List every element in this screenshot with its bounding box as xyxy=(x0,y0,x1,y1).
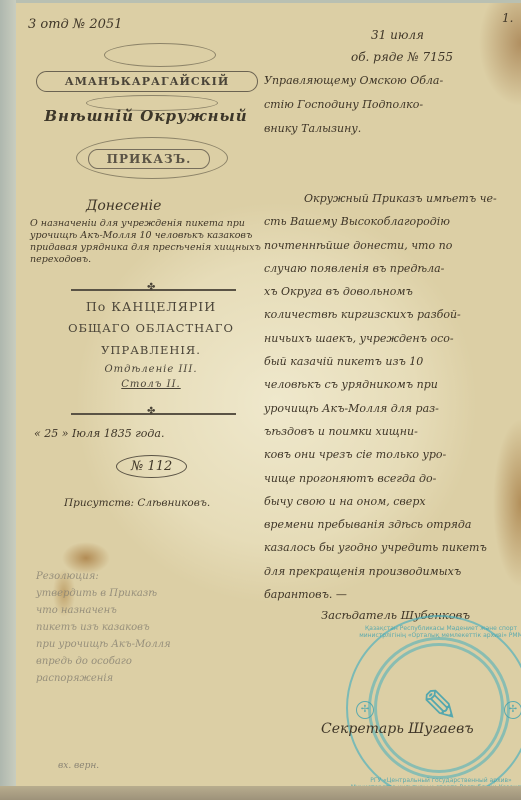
addressee-line: стію Господину Подполко- xyxy=(264,93,519,117)
pencil-line: распоряженія xyxy=(36,670,296,687)
text-line: для прекращенія производимыхъ xyxy=(264,560,519,583)
flourish-ornament xyxy=(104,43,216,67)
text-line: сть Вашему Высокоблагородію xyxy=(264,210,519,233)
ornamental-divider xyxy=(71,289,236,291)
text-line: бычу свою и на оном, сверх xyxy=(264,490,519,513)
signature-secretary: Секретарь Шугаевъ xyxy=(321,721,474,737)
text-line: случаю появленія въ предѣла- xyxy=(264,257,519,280)
text-line: Окружный Приказъ имѣетъ че- xyxy=(264,187,519,210)
scan-edge-bottom xyxy=(0,786,521,800)
ornament-cross-icon: ✢ xyxy=(356,701,374,719)
text-line: почтеннѣйше донести, что по xyxy=(264,234,519,257)
text-line: ничьихъ шаекъ, учрежденъ осо- xyxy=(264,327,519,350)
document-date: « 25 » Іюля 1835 года. xyxy=(34,427,164,440)
pencil-line: Резолюция: xyxy=(36,568,296,585)
subject-title: Донесеніе xyxy=(86,198,161,214)
office-desk: Столъ II. xyxy=(46,379,256,390)
addressee-line: внику Талызину. xyxy=(264,117,519,141)
clerk-name: Присутств: Слѣвниковъ. xyxy=(64,497,210,509)
document-page: 3 отд № 2051 АМАНЪКАРАГАЙСКІЙ Внѣшній Ок… xyxy=(16,3,521,786)
pencil-resolution: Резолюция: утвердить в Приказѣ что назна… xyxy=(36,568,296,687)
archive-stamp: Қазақстан Республикасы Мәдениет және спо… xyxy=(346,615,521,800)
pencil-bottom-note: вх. верн. xyxy=(58,761,99,771)
text-line: урочищѣ Акъ-Молля для раз- xyxy=(264,397,519,420)
ornamental-divider xyxy=(71,413,236,415)
subject-body: О назначеніи для учрежденія пикета при у… xyxy=(30,218,270,266)
text-line: казалось бы угодно учредить пикетъ xyxy=(264,536,519,559)
document-number: № 112 xyxy=(116,455,187,478)
office-line-3: УПРАВЛЕНІЯ. xyxy=(46,343,256,357)
pencil-line: при урочищѣ Акъ-Молля xyxy=(36,636,296,653)
scan-edge-left xyxy=(0,0,16,800)
pencil-line: утвердить в Приказѣ xyxy=(36,585,296,602)
text-line: количествѣ киргизскихъ разбой- xyxy=(264,303,519,326)
page-number: 1. xyxy=(502,11,513,25)
office-department: Отдѣленіе III. xyxy=(46,364,256,375)
addressee-line: Управляющему Омскою Обла- xyxy=(264,69,519,93)
office-line-1: По КАНЦЕЛЯРІИ xyxy=(46,299,256,314)
text-line: барантовъ. — xyxy=(264,583,519,606)
addressee: Управляющему Омскою Обла- стію Господину… xyxy=(264,69,519,141)
stamp-top-text: Қазақстан Республикасы Мәдениет және спо… xyxy=(348,625,521,639)
main-text: Окружный Приказъ имѣетъ че- сть Вашему В… xyxy=(264,187,519,606)
ornament-cross-icon: ✢ xyxy=(504,701,521,719)
text-line: ковъ они чрезъ сіе только уро- xyxy=(264,443,519,466)
letterhead-line-2: Внѣшній Окружный xyxy=(36,107,256,125)
pencil-line: пикетъ изъ казаковъ xyxy=(36,619,296,636)
received-date: 31 июля xyxy=(371,28,424,42)
text-line: хъ Округа въ довольномъ xyxy=(264,280,519,303)
text-line: чище прогоняютъ всегда до- xyxy=(264,467,519,490)
reference-number: 3 отд № 2051 xyxy=(28,17,122,32)
office-line-2: ОБЩАГО ОБЛАСТНАГО xyxy=(46,321,256,335)
pencil-line: что назначенъ xyxy=(36,602,296,619)
text-line: времени пребыванія здѣсь отряда xyxy=(264,513,519,536)
received-number: об. ряде № 7155 xyxy=(351,50,453,64)
pencil-line: впредь до особаго xyxy=(36,653,296,670)
text-line: бый казачій пикетъ изъ 10 xyxy=(264,350,519,373)
letterhead-line-1: АМАНЪКАРАГАЙСКІЙ xyxy=(36,71,258,92)
letterhead-line-3: ПРИКАЗЪ. xyxy=(88,149,210,169)
text-line: ъѣздовъ и поимки хищни- xyxy=(264,420,519,443)
text-line: человѣкъ съ урядникомъ при xyxy=(264,373,519,396)
